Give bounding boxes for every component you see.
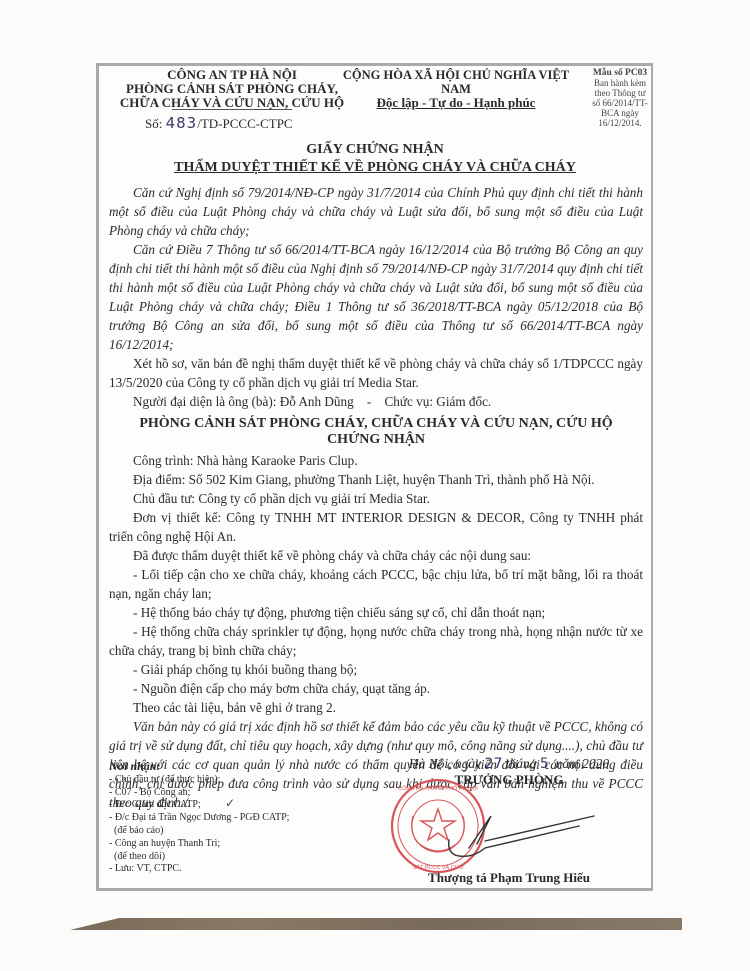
agency-line-1: CÔNG AN TP HÀ NỘI	[107, 68, 357, 82]
section-heading-line-2: CHỨNG NHẬN	[109, 432, 643, 448]
signing-date: Hà Nội, ngày 27 tháng 5 năm 2020	[369, 756, 649, 772]
representative-line: Người đại diện là ông (bà): Đỗ Anh Dũng …	[109, 392, 643, 411]
approved-item: - Hệ thống chữa cháy sprinkler tự động, …	[109, 622, 643, 660]
form-note-line: theo Thông tư	[586, 88, 654, 98]
recipient-item: - Đ/c Giám đốc CATP;	[109, 799, 349, 812]
date-month-label: tháng	[502, 756, 540, 771]
document-title: GIẤY CHỨNG NHẬN THẨM DUYỆT THIẾT KẾ VỀ P…	[99, 141, 651, 177]
certificate-body: Căn cứ Nghị định số 79/2014/NĐ-CP ngày 3…	[109, 183, 643, 813]
approved-item: - Hệ thống báo cháy tự động, phương tiện…	[109, 603, 643, 622]
form-note-line: số 66/2014/TT-	[586, 98, 654, 108]
project-name: Công trình: Nhà hàng Karaoke Paris Clup.	[109, 451, 643, 470]
recipients-label: Nơi nhận:	[109, 760, 349, 773]
recipient-item: (để báo cáo)	[109, 825, 349, 838]
date-prefix: Hà Nội, ngày	[409, 756, 485, 771]
national-header: CỘNG HÒA XÃ HỘI CHỦ NGHĨA VIỆT NAM Độc l…	[331, 68, 581, 110]
certificate-frame: CÔNG AN TP HÀ NỘI PHÒNG CẢNH SÁT PHÒNG C…	[96, 63, 653, 891]
agency-line-3: CHỮA CHÁY VÀ CỨU NẠN, CỨU HỘ	[107, 96, 357, 110]
form-code: Mẫu số PC03	[586, 68, 654, 78]
form-note-line: Ban hành kèm	[586, 78, 654, 88]
scan-edge-strip	[70, 918, 682, 930]
form-note-line: BCA ngày	[586, 108, 654, 118]
date-year: năm 2020	[549, 756, 609, 771]
recipient-item: (để theo dõi)	[109, 851, 349, 864]
title-line-2-text: THẨM DUYỆT THIẾT KẾ VỀ PHÒNG CHÁY VÀ CHỮ…	[174, 160, 576, 175]
approved-intro: Đã được thẩm duyệt thiết kế về phòng chá…	[109, 546, 643, 565]
approved-item: - Giải pháp chống tụ khói buồng thang bộ…	[109, 660, 643, 679]
national-motto: Độc lập - Tự do - Hạnh phúc	[331, 96, 581, 110]
recipient-item: - Công an huyện Thanh Trì;	[109, 838, 349, 851]
issuing-agency-block: CÔNG AN TP HÀ NỘI PHÒNG CẢNH SÁT PHÒNG C…	[107, 68, 357, 131]
form-note-line: 16/12/2014.	[586, 118, 654, 128]
section-heading: PHÒNG CẢNH SÁT PHÒNG CHÁY, CHỮA CHÁY VÀ …	[109, 416, 643, 448]
recipient-item: - Chủ đầu tư (để thực hiện);	[109, 774, 349, 787]
signer-name: Thượng tá Phạm Trung Hiếu	[369, 870, 649, 886]
nation-name: CỘNG HÒA XÃ HỘI CHỦ NGHĨA VIỆT NAM	[331, 68, 581, 96]
date-month: 5	[540, 756, 549, 772]
preamble-decree: Căn cứ Nghị định số 79/2014/NĐ-CP ngày 3…	[109, 183, 643, 240]
approved-item: - Lối tiếp cận cho xe chữa cháy, khoảng …	[109, 565, 643, 603]
title-line-1: GIẤY CHỨNG NHẬN	[99, 141, 651, 159]
handwritten-signature-icon	[429, 796, 629, 866]
recipient-item: - Đ/c Đại tá Trần Ngọc Dương - PGĐ CATP;	[109, 812, 349, 825]
form-code-block: Mẫu số PC03 Ban hành kèm theo Thông tư s…	[586, 68, 654, 128]
recipient-item: - C07 - Bộ Công an;	[109, 787, 349, 800]
signature-block: Hà Nội, ngày 27 tháng 5 năm 2020 TRƯỞNG …	[369, 756, 649, 788]
svg-text:CÔNG AN THÀNH PHỐ HÀ NỘI: CÔNG AN THÀNH PHỐ HÀ NỘI	[398, 785, 478, 792]
document-number: Số: 483/TD-PCCC-CTPC	[107, 116, 357, 131]
agency-line-2: PHÒNG CẢNH SÁT PHÒNG CHÁY,	[107, 82, 357, 96]
number-suffix: /TD-PCCC-CTPC	[197, 116, 292, 131]
attachment-note: Theo các tài liệu, bản vẽ ghi ở trang 2.	[109, 698, 643, 717]
recipients-block: Nơi nhận: - Chủ đầu tư (để thực hiện); -…	[109, 760, 349, 876]
review-paragraph: Xét hồ sơ, văn bản đề nghị thẩm duyệt th…	[109, 354, 643, 392]
section-heading-line-1: PHÒNG CẢNH SÁT PHÒNG CHÁY, CHỮA CHÁY VÀ …	[109, 416, 643, 432]
title-line-2: THẨM DUYỆT THIẾT KẾ VỀ PHÒNG CHÁY VÀ CHỮ…	[99, 159, 651, 177]
design-unit: Đơn vị thiết kế: Công ty TNHH MT INTERIO…	[109, 508, 643, 546]
project-investor: Chủ đầu tư: Công ty cổ phần dịch vụ giải…	[109, 489, 643, 508]
recipient-item: - Lưu: VT, CTPC.	[109, 863, 349, 876]
date-day: 27	[485, 756, 503, 772]
project-location: Địa điểm: Số 502 Kim Giang, phường Thanh…	[109, 470, 643, 489]
number-handwritten: 483	[166, 114, 198, 132]
preamble-circular: Căn cứ Điều 7 Thông tư số 66/2014/TT-BCA…	[109, 240, 643, 354]
approved-item: - Nguồn điện cấp cho máy bơm chữa cháy, …	[109, 679, 643, 698]
number-prefix: Số:	[145, 116, 166, 131]
